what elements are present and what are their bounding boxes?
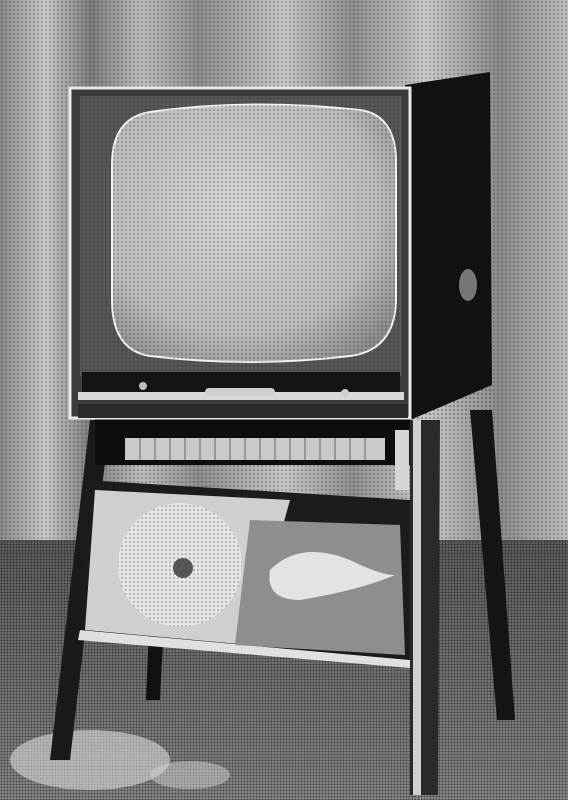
vintage-tv-photo (0, 0, 568, 800)
television (70, 72, 492, 420)
tuning-dial (205, 388, 275, 396)
side-knob (459, 269, 477, 301)
control-knob (341, 389, 349, 397)
control-knob (139, 382, 147, 390)
